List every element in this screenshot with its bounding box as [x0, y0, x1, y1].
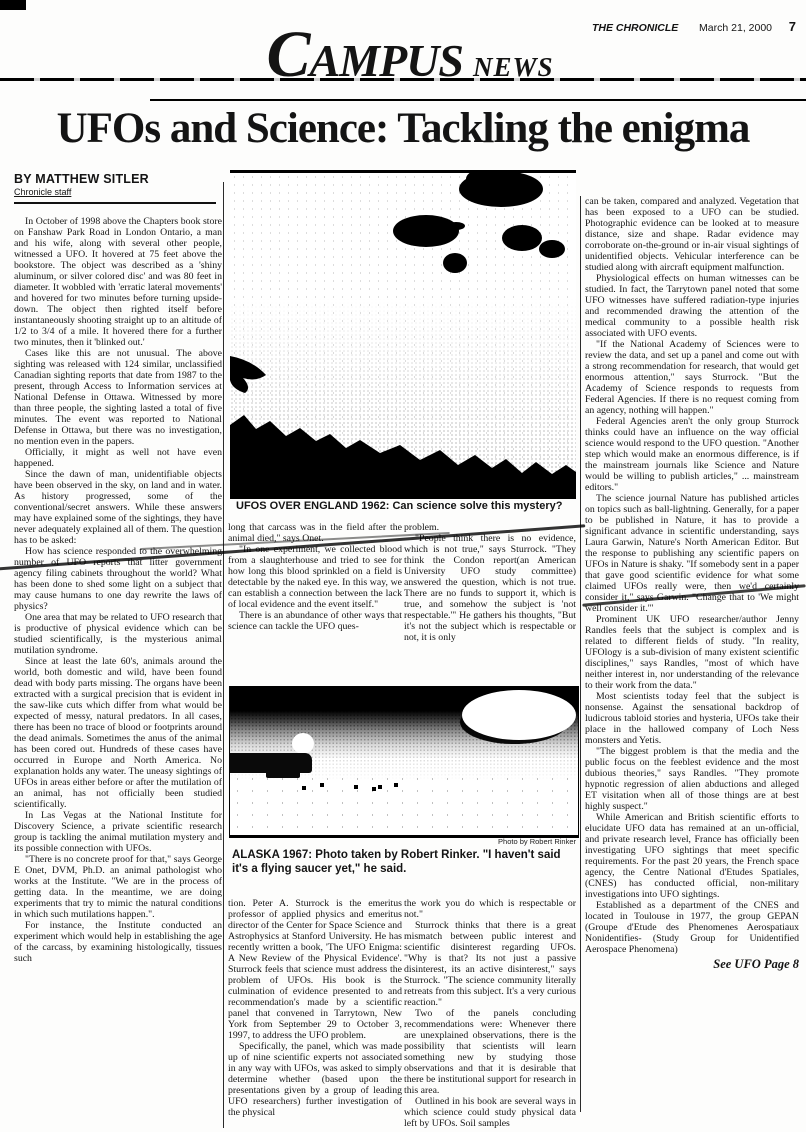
article-paragraph: Since at least the late 60's, animals ar… — [14, 656, 222, 810]
photo-caption-england: UFOS OVER ENGLAND 1962: Can science solv… — [236, 500, 576, 512]
article-paragraph: can be taken, compared and analyzed. Veg… — [585, 196, 799, 273]
article-paragraph: While American and British scientific ef… — [585, 812, 799, 900]
photo-caption-alaska: ALASKA 1967: Photo taken by Robert Rinke… — [232, 848, 576, 877]
article-paragraph: the work you do which is respectable or … — [404, 898, 576, 920]
page-number: 7 — [789, 19, 796, 34]
article-paragraph: "People think there is no evidence, whic… — [404, 533, 576, 643]
article-paragraph: Cases like this are not unusual. The abo… — [14, 348, 222, 447]
article-paragraph: Physiological effects on human witnesses… — [585, 273, 799, 339]
article-paragraph: tion. Peter A. Sturrock is the emeritus … — [228, 898, 402, 1041]
article-column-4: can be taken, compared and analyzed. Veg… — [585, 196, 799, 955]
article-paragraph: One area that may be related to UFO rese… — [14, 612, 222, 656]
article-paragraph: "If the National Academy of Sciences wer… — [585, 339, 799, 416]
issue-date: March 21, 2000 — [699, 22, 772, 34]
article-paragraph: problem. — [404, 522, 576, 533]
photo-grain — [230, 773, 578, 835]
byline-block: BY MATTHEW SITLER Chronicle staff — [14, 172, 216, 204]
article-column-4-wrap: can be taken, compared and analyzed. Veg… — [585, 196, 799, 1116]
article-paragraph: "The biggest problem is that the media a… — [585, 746, 799, 812]
truck-silhouette — [229, 753, 312, 773]
section-masthead: CAMPUS NEWS — [150, 22, 670, 88]
article-paragraph: long that carcass was in the field after… — [228, 522, 402, 544]
article-paragraph: Outlined in his book are several ways in… — [404, 1096, 576, 1129]
article-paragraph: Officially, it might as well not have ev… — [14, 447, 222, 469]
article-paragraph: Sturrock thinks that there is a great mi… — [404, 920, 576, 1008]
article-paragraph: "In one experiment, we collected blood f… — [228, 544, 402, 610]
article-paragraph: How has science responded to the overwhe… — [14, 546, 222, 612]
article-paragraph: In Las Vegas at the National Institute f… — [14, 810, 222, 854]
continuation-note: See UFO Page 8 — [585, 957, 799, 972]
article-paragraph: Established as a department of the CNES … — [585, 900, 799, 955]
article-headline: UFOs and Science: Tackling the enigma — [10, 104, 796, 153]
article-column-2-bottom: tion. Peter A. Sturrock is the emeritus … — [228, 898, 402, 1130]
article-paragraph: In October of 1998 above the Chapters bo… — [14, 216, 222, 348]
photo-ufos-over-england — [230, 170, 576, 499]
article-paragraph: Federal Agencies aren't the only group S… — [585, 416, 799, 493]
column-divider — [223, 182, 224, 1128]
photo-grain — [230, 173, 576, 499]
newspaper-page: THE CHRONICLE March 21, 2000 7 CAMPUS NE… — [0, 0, 806, 1132]
article-paragraph: Specifically, the panel, which was made … — [228, 1041, 402, 1118]
article-paragraph: The science journal Nature has published… — [585, 493, 799, 614]
article-column-3-mid: problem."People think there is no eviden… — [404, 522, 576, 684]
article-column-2-mid: long that carcass was in the field after… — [228, 522, 402, 684]
article-column-1: In October of 1998 above the Chapters bo… — [14, 216, 222, 1132]
photo-alaska-saucer — [229, 686, 579, 838]
saucer-object — [462, 690, 576, 740]
byline-author: BY MATTHEW SITLER — [14, 172, 216, 186]
article-paragraph: Prominent UK UFO researcher/author Jenny… — [585, 614, 799, 691]
article-paragraph: Most scientists today feel that the subj… — [585, 691, 799, 746]
article-paragraph: There is an abundance of other ways that… — [228, 610, 402, 632]
byline-role: Chronicle staff — [14, 187, 216, 197]
scan-corner-mark — [0, 0, 26, 10]
snow-dome — [292, 733, 314, 754]
section-title-main: CAMPUS — [266, 22, 463, 88]
column-divider — [580, 196, 581, 1112]
article-paragraph: Two of the panels concluding recommendat… — [404, 1008, 576, 1096]
article-paragraph: "There is no concrete proof for that," s… — [14, 854, 222, 920]
section-title-sub: NEWS — [473, 54, 554, 81]
article-column-3-bottom: the work you do which is respectable or … — [404, 898, 576, 1130]
article-paragraph: Since the dawn of man, unidentifiable ob… — [14, 469, 222, 546]
masthead-rule — [150, 99, 806, 101]
article-paragraph: For instance, the Institute conducted an… — [14, 920, 222, 964]
photo-credit: Photo by Robert Rinker — [420, 837, 576, 846]
